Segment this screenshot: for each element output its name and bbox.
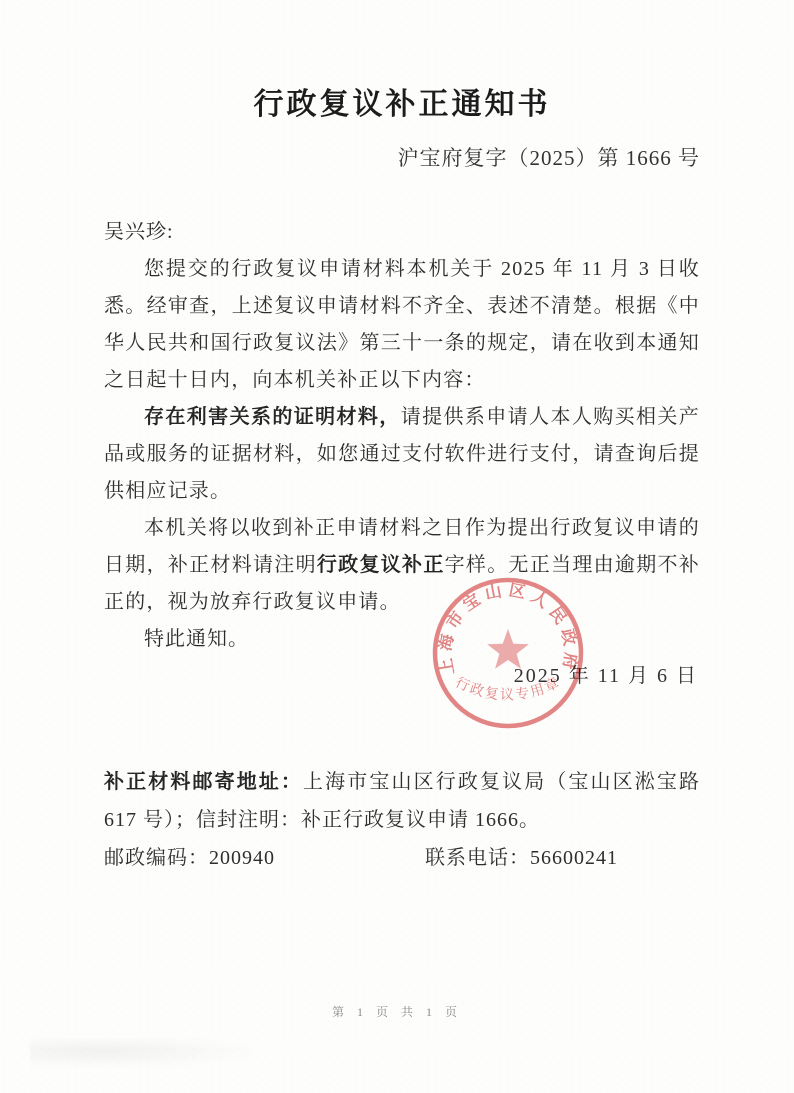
paragraph-deadline-notice: 本机关将以收到补正申请材料之日作为提出行政复议申请的日期，补正材料请注明行政复议…	[104, 510, 700, 621]
postal-code-value: 200940	[209, 847, 275, 869]
document-title: 行政复议补正通知书	[104, 88, 700, 122]
page-number: 第 1 页 共 1 页	[0, 1003, 794, 1020]
paragraph-receipt: 您提交的行政复议申请材料本机关于 2025 年 11 月 3 日收悉。经审查，上…	[104, 251, 700, 399]
document-content: 行政复议补正通知书 沪宝府复字（2025）第 1666 号 吴兴珍: 您提交的行…	[104, 0, 700, 877]
mailing-info-block: 补正材料邮寄地址：上海市宝山区行政复议局（宝山区淞宝路 617 号）；信封注明：…	[104, 763, 700, 877]
required-materials-heading: 存在利害关系的证明材料，	[144, 406, 401, 428]
contact-phone-value: 56600241	[530, 847, 618, 869]
document-page: 行政复议补正通知书 沪宝府复字（2025）第 1666 号 吴兴珍: 您提交的行…	[0, 0, 794, 1093]
contact-phone: 联系电话：56600241	[425, 839, 618, 877]
postal-code-label: 邮政编码：	[104, 847, 209, 869]
recipient-name: 吴兴珍:	[104, 214, 700, 251]
issue-date: 2025 年 11 月 6 日	[104, 658, 700, 695]
doc-number: 沪宝府复字（2025）第 1666 号	[104, 144, 700, 172]
contact-line: 邮政编码：200940 联系电话：56600241	[104, 839, 700, 877]
closing-line: 特此通知。	[104, 621, 700, 658]
paragraph-required-materials: 存在利害关系的证明材料，请提供系申请人本人购买相关产品或服务的证据材料，如您通过…	[104, 399, 700, 510]
mailing-address-label: 补正材料邮寄地址：	[104, 771, 303, 793]
scan-smudge	[30, 1040, 260, 1068]
postal-code: 邮政编码：200940	[104, 839, 425, 877]
mailing-address-line: 补正材料邮寄地址：上海市宝山区行政复议局（宝山区淞宝路 617 号）；信封注明：…	[104, 763, 700, 839]
contact-phone-label: 联系电话：	[425, 847, 530, 869]
deadline-bold-label: 行政复议补正	[317, 554, 445, 576]
